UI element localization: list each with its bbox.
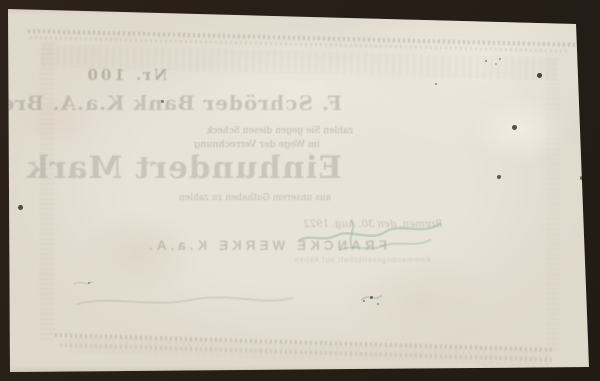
banknote-scan: Nr. 100 F. Schröder Bank K.a.A. Bremen z… xyxy=(0,0,600,381)
banknote-paper-reverse: Nr. 100 F. Schröder Bank K.a.A. Bremen z… xyxy=(0,0,600,381)
paper-edge-shading xyxy=(0,0,600,381)
